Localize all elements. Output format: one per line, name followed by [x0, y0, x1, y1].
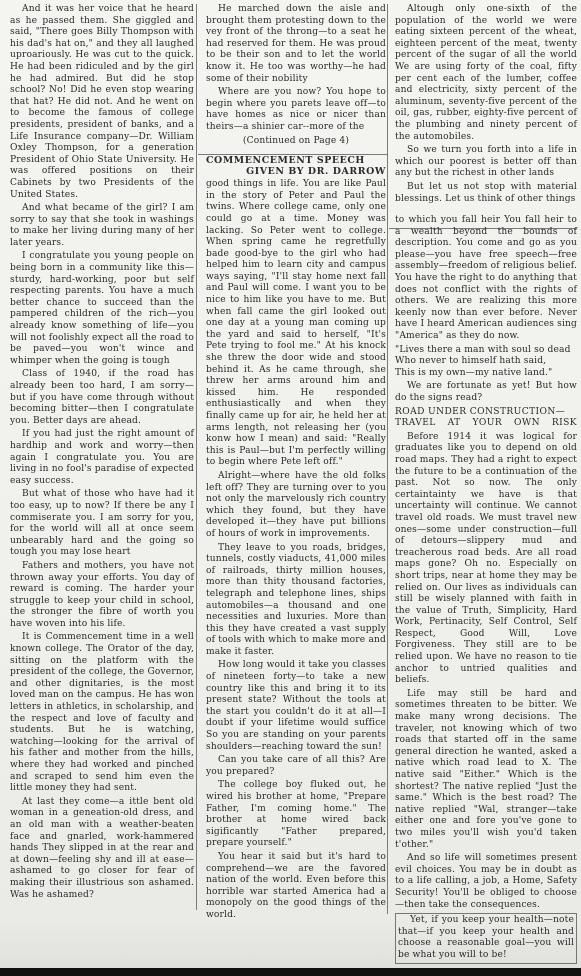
paragraph: It is Commencement time in a well known … [10, 632, 194, 794]
article-column-1: And it was her voice that he heard as he… [10, 4, 194, 903]
poem-line: Who never to himself hath said, [395, 356, 577, 368]
paragraph: We are fortunate as yet! But how do the … [395, 381, 577, 404]
newspaper-clipping: And it was her voice that he heard as he… [0, 0, 581, 976]
paragraph: Class of 1940, if the road has already b… [10, 369, 194, 427]
paragraph: He marched down the aisle and brought th… [206, 4, 386, 85]
paragraph: Before 1914 it was logical for graduates… [395, 432, 577, 687]
paragraph: to which you fall heir You fall heir to … [395, 215, 577, 343]
paragraph: And it was her voice that he heard as he… [10, 4, 194, 201]
paper-shadow [0, 918, 581, 968]
paragraph: How long would it take you classes of ni… [206, 660, 386, 753]
continued-note: (Continued on Page 4) [206, 136, 386, 148]
road-sign-line-2: TRAVEL AT YOUR OWN RISK [395, 418, 577, 430]
poem-line: "Lives there a man with soul so dead [395, 345, 577, 357]
paragraph: But what of those who have had it too ea… [10, 489, 194, 559]
headline-line-2: GIVEN BY DR. DARROW [206, 166, 386, 177]
paragraph: Where are you now? You hope to begin whe… [206, 87, 386, 133]
paragraph: Fathers and mothers, you have not thrown… [10, 561, 194, 631]
paragraph: If you had just the right amount of hard… [10, 429, 194, 487]
paragraph: At last they come—a ittle bent old woman… [10, 797, 194, 901]
paragraph: And what became of the girl? I am sorry … [10, 203, 194, 249]
paragraph: You hear it said but it's hard to compre… [206, 852, 386, 922]
paragraph: I congratulate you young people on being… [10, 251, 194, 367]
paragraph: But let us not stop with material blessi… [395, 182, 577, 205]
paragraph: Altough only one-sixth of the population… [395, 4, 577, 143]
paragraph: Life may still be hard and sometimes thr… [395, 689, 577, 851]
column-divider [196, 4, 197, 910]
headline-line-1: COMMENCEMENT SPEECH [206, 155, 386, 166]
headline: COMMENCEMENT SPEECH GIVEN BY DR. DARROW [206, 155, 386, 177]
paragraph: The college boy fluked out, he wired his… [206, 780, 386, 850]
paragraph: And so life will sometimes present evil … [395, 853, 577, 911]
poem-line: This is my own—my native land." [395, 368, 577, 380]
paragraph: good things in life. You are like Paul i… [206, 179, 386, 469]
paragraph: They leave to you roads, bridges, tunnel… [206, 543, 386, 659]
headline-rule [198, 154, 388, 155]
paragraph: So we turn you forth into a life in whic… [395, 145, 577, 180]
column-divider [387, 4, 388, 914]
paragraph: Can you take care of all this? Are you p… [206, 755, 386, 778]
scan-edge [0, 968, 581, 976]
paragraph: Alright—where have the old folks left of… [206, 471, 386, 541]
article-column-2: He marched down the aisle and brought th… [206, 4, 386, 924]
article-column-3: Altough only one-sixth of the population… [395, 4, 577, 966]
road-sign-line-1: ROAD UNDER CONSTRUCTION— [395, 407, 577, 419]
